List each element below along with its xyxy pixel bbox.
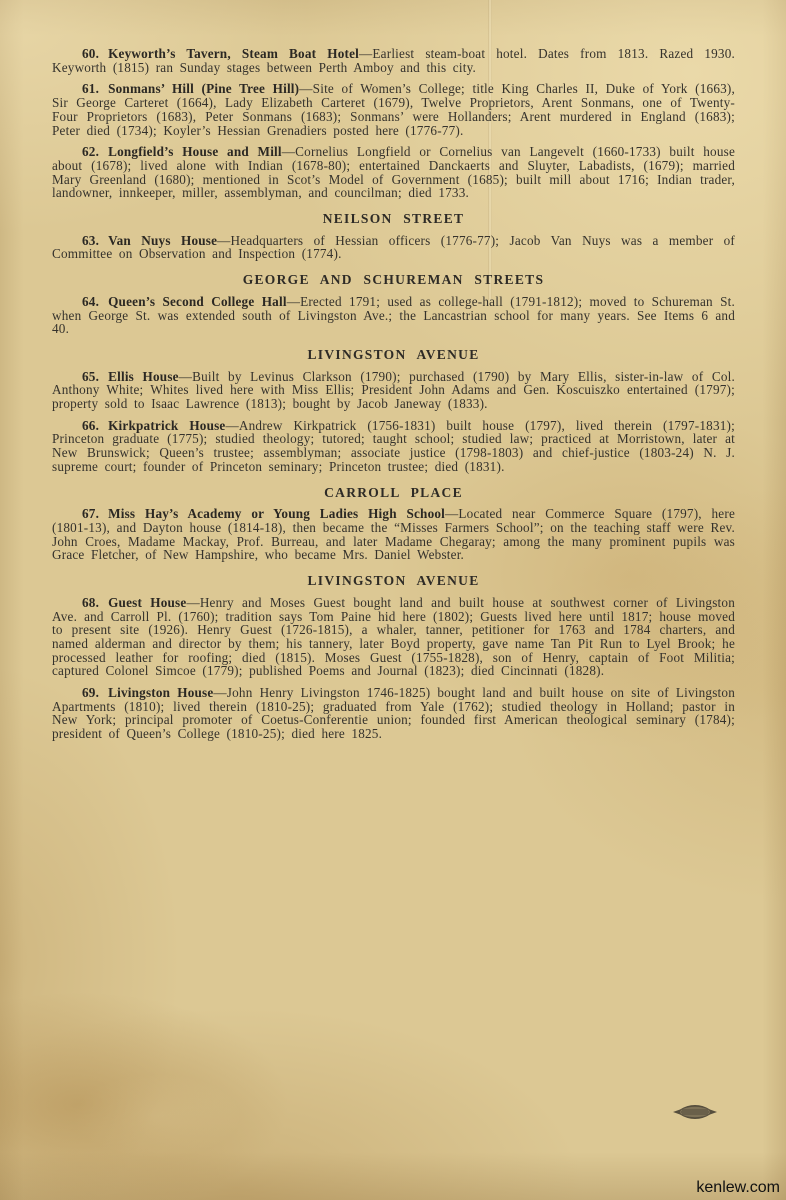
scanned-page: 60.Keyworth’s Tavern, Steam Boat Hotel—E… [0, 0, 786, 1200]
street-heading: LIVINGSTON AVENUE [52, 574, 735, 588]
catalog-item: 67.Miss Hay’s Academy or Young Ladies Hi… [52, 507, 735, 562]
catalog-item: 61.Sonmans’ Hill (Pine Tree Hill)—Site o… [52, 82, 735, 137]
catalog-item: 66.Kirkpatrick House—Andrew Kirkpatrick … [52, 419, 735, 474]
page-text-content: 60.Keyworth’s Tavern, Steam Boat Hotel—E… [52, 47, 735, 749]
street-heading: GEORGE AND SCHUREMAN STREETS [52, 273, 735, 287]
watermark: kenlew.com [696, 1179, 780, 1197]
printer-ornament-icon [673, 1104, 717, 1120]
street-heading: CARROLL PLACE [52, 486, 735, 500]
catalog-item: 60.Keyworth’s Tavern, Steam Boat Hotel—E… [52, 47, 735, 74]
catalog-item: 69.Livingston House—John Henry Livingsto… [52, 686, 735, 741]
street-heading: NEILSON STREET [52, 212, 735, 226]
catalog-item: 64.Queen’s Second College Hall—Erected 1… [52, 295, 735, 336]
catalog-item: 65.Ellis House—Built by Levinus Clarkson… [52, 370, 735, 411]
catalog-item: 68.Guest House—Henry and Moses Guest bou… [52, 596, 735, 678]
catalog-item: 62.Longfield’s House and Mill—Cornelius … [52, 145, 735, 200]
street-heading: LIVINGSTON AVENUE [52, 348, 735, 362]
catalog-item: 63.Van Nuys House—Headquarters of Hessia… [52, 234, 735, 261]
